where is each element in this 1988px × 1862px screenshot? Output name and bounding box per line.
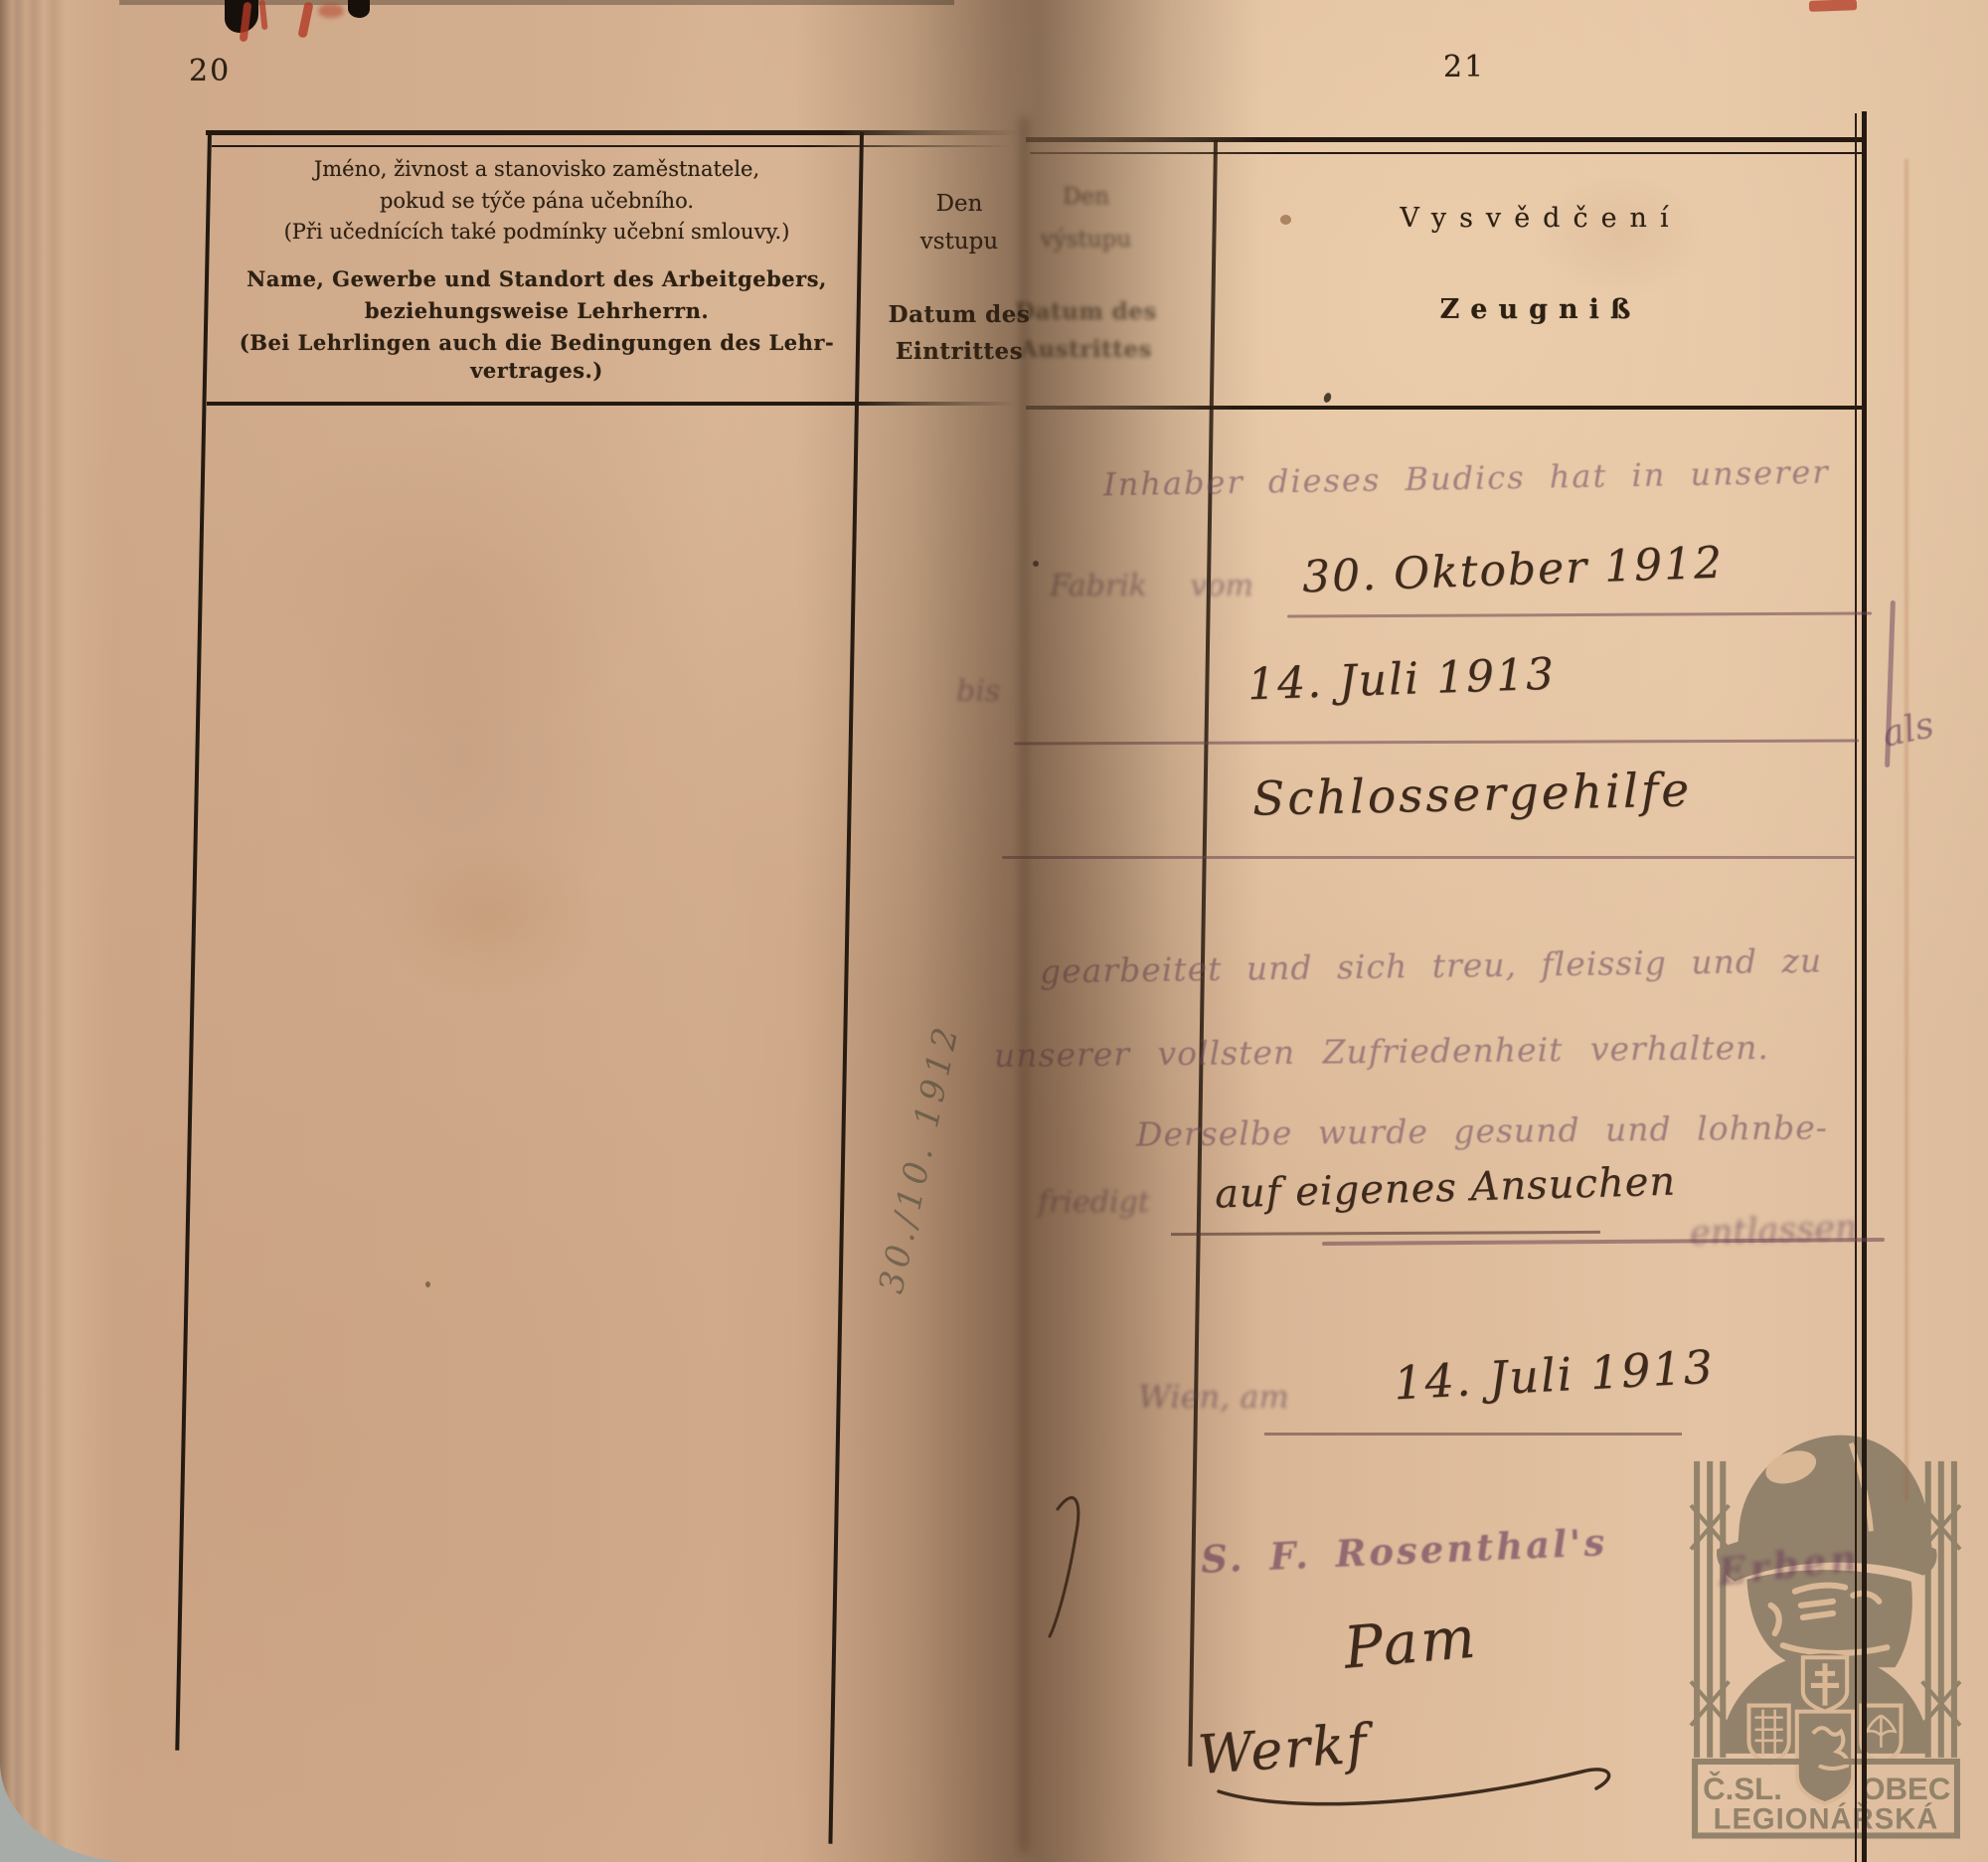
paper-spread: Č.SL. OBEC LEGIONÁŘSKÁ 20 21 Jméno, živn…: [0, 0, 1988, 1862]
red-crayon-mark: [1809, 0, 1857, 12]
scanned-workbook-spread: Č.SL. OBEC LEGIONÁŘSKÁ 20 21 Jméno, živn…: [0, 0, 1988, 1862]
ink-blot: [348, 0, 370, 18]
red-crayon-smear: [318, 4, 344, 18]
edge-vignette: [0, 0, 1988, 1862]
